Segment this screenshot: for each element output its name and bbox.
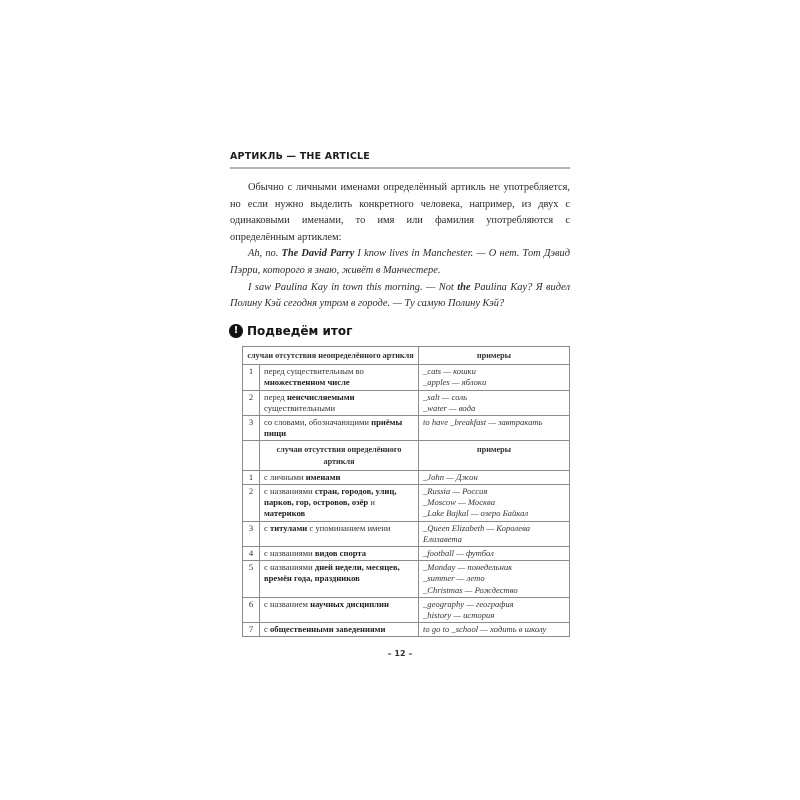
table-row: 3со словами, обозначающими приёмы пищиto… — [243, 416, 570, 441]
row-number: 2 — [243, 390, 260, 415]
example-sentence: I saw Paulina Kay in town this morning. … — [230, 280, 570, 313]
bold-term: The David Parry — [282, 248, 355, 259]
row-number: 6 — [243, 597, 260, 622]
bold-term: множественном числе — [264, 377, 350, 387]
text-run: перед — [264, 392, 287, 402]
text-run: с названиями — [264, 486, 315, 496]
table-row: 3с титулами с упоминанием имени_Queen El… — [243, 521, 570, 546]
text-run: I saw Paulina Kay in town this morning. … — [248, 282, 457, 293]
table-header-row: случаи отсутствия неопределённого артикл… — [243, 347, 570, 365]
bold-term: титулами — [270, 523, 307, 533]
text-run: Ah, no. — [248, 248, 282, 259]
row-description: со словами, обозначающими приёмы пищи — [260, 416, 419, 441]
column-header-num — [243, 441, 260, 470]
row-description: перед неисчисляемыми существительными — [260, 390, 419, 415]
example-line: _football — футбол — [423, 548, 565, 559]
row-number: 3 — [243, 521, 260, 546]
row-number: 5 — [243, 561, 260, 598]
example-line: _cats — кошки — [423, 366, 565, 377]
example-line: to have _breakfast — завтракать — [423, 417, 565, 428]
row-number: 4 — [243, 547, 260, 561]
row-number: 7 — [243, 623, 260, 637]
example-line: _Russia — Россия — [423, 486, 565, 497]
example-line: _history — история — [423, 610, 565, 621]
table-row: 1перед существительным во множественном … — [243, 365, 570, 390]
table-row: 6с названием научных дисциплин_geography… — [243, 597, 570, 622]
row-examples: _cats — кошки_apples — яблоки — [419, 365, 570, 390]
example-line: _summer — лето — [423, 573, 565, 584]
row-description: с названиями видов спорта — [260, 547, 419, 561]
row-number: 1 — [243, 470, 260, 484]
row-examples: _Monday — понедельник_summer — лето_Chri… — [419, 561, 570, 598]
row-description: с титулами с упоминанием имени — [260, 521, 419, 546]
row-examples: to go to _school — ходить в школу — [419, 623, 570, 637]
column-header-case: случаи отсутствия неопределённого артикл… — [243, 347, 419, 365]
column-header-examples: примеры — [419, 347, 570, 365]
row-description: с названием научных дисциплин — [260, 597, 419, 622]
example-line: _water — вода — [423, 403, 565, 414]
bold-term: the — [457, 282, 470, 293]
bold-term: именами — [306, 472, 341, 482]
text-run: с названиями — [264, 548, 315, 558]
row-description: с названиями стран, городов, улиц, парко… — [260, 485, 419, 522]
column-header-examples: примеры — [419, 441, 570, 470]
summary-heading: ! Подведём итог — [229, 324, 352, 338]
text-run: и — [368, 497, 375, 507]
table-header-row: случаи отсутствия определённого артикляп… — [243, 441, 570, 470]
row-examples: _geography — география_history — история — [419, 597, 570, 622]
bold-term: неисчисляемыми — [287, 392, 355, 402]
example-line: _Moscow — Москва — [423, 497, 565, 508]
table-row: 4с названиями видов спорта_football — фу… — [243, 547, 570, 561]
table-row: 7с общественными заведениямиto go to _sc… — [243, 623, 570, 637]
book-page: АРТИКЛЬ — THE ARTICLE Обычно с личными и… — [0, 0, 800, 800]
paragraph: Обычно с личными именами определённый ар… — [230, 180, 570, 246]
table-row: 2с названиями стран, городов, улиц, парк… — [243, 485, 570, 522]
example-sentence: Ah, no. The David Parry I know lives in … — [230, 246, 570, 279]
example-line: to go to _school — ходить в школу — [423, 624, 565, 635]
row-description: перед существительным во множественном ч… — [260, 365, 419, 390]
table-row: 2перед неисчисляемыми существительными_s… — [243, 390, 570, 415]
text-run: с личными — [264, 472, 306, 482]
text-run: с упоминанием имени — [307, 523, 390, 533]
row-description: с названиями дней недели, месяцев, времё… — [260, 561, 419, 598]
text-run: с названием — [264, 599, 310, 609]
table-row: 5с названиями дней недели, месяцев, врем… — [243, 561, 570, 598]
row-examples: _salt — соль_water — вода — [419, 390, 570, 415]
text-run: существительными — [264, 403, 335, 413]
bold-term: общественными заведениями — [270, 624, 385, 634]
row-examples: _John — Джон — [419, 470, 570, 484]
example-line: _Lake Bajkal — озеро Байкал — [423, 508, 565, 519]
bold-term: видов спорта — [315, 548, 366, 558]
bold-term: материков — [264, 508, 305, 518]
column-header-case: случаи отсутствия определённого артикля — [260, 441, 419, 470]
example-line: _Queen Elizabeth — Королева Елизавета — [423, 523, 565, 545]
summary-table: случаи отсутствия неопределённого артикл… — [242, 346, 570, 637]
text-run: с названиями — [264, 562, 315, 572]
page-number: – 12 – — [0, 649, 800, 658]
summary-title: Подведём итог — [247, 324, 352, 338]
bold-term: научных дисциплин — [310, 599, 389, 609]
text-run: перед существительным во — [264, 366, 364, 376]
running-head: АРТИКЛЬ — THE ARTICLE — [230, 151, 370, 162]
body-text: Обычно с личными именами определённый ар… — [230, 180, 570, 313]
example-line: _John — Джон — [423, 472, 565, 483]
row-number: 3 — [243, 416, 260, 441]
row-description: с общественными заведениями — [260, 623, 419, 637]
example-line: _Monday — понедельник — [423, 562, 565, 573]
text-run: Обычно с личными именами определённый ар… — [230, 182, 570, 243]
text-run: со словами, обозначающими — [264, 417, 371, 427]
row-number: 1 — [243, 365, 260, 390]
row-examples: _Queen Elizabeth — Королева Елизавета — [419, 521, 570, 546]
header-rule — [230, 167, 570, 169]
row-examples: _football — футбол — [419, 547, 570, 561]
table-row: 1с личными именами_John — Джон — [243, 470, 570, 484]
row-examples: to have _breakfast — завтракать — [419, 416, 570, 441]
example-line: _apples — яблоки — [423, 377, 565, 388]
row-number: 2 — [243, 485, 260, 522]
example-line: _geography — география — [423, 599, 565, 610]
exclamation-circle-icon: ! — [229, 324, 243, 338]
example-line: _Christmas — Рождество — [423, 585, 565, 596]
example-line: _salt — соль — [423, 392, 565, 403]
row-examples: _Russia — Россия_Moscow — Москва_Lake Ba… — [419, 485, 570, 522]
row-description: с личными именами — [260, 470, 419, 484]
